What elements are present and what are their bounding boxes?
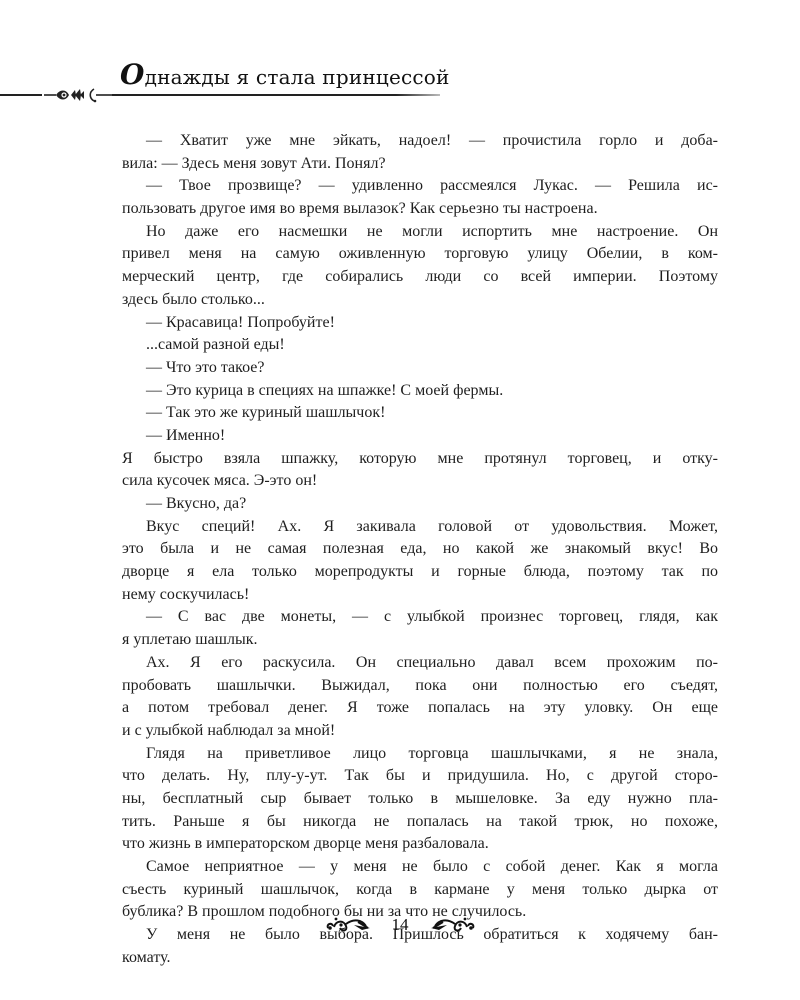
text-line: пользовать другое имя во время вылазок? … [122, 198, 718, 221]
text-line: ...самой разной еды! [122, 334, 718, 357]
text-line: — С вас две монеты, — с улыбкой произнес… [122, 606, 718, 629]
text-line: — Хватит уже мне эйкать, надоел! — прочи… [122, 130, 718, 153]
text-line: — Это курица в специях на шпажке! С моей… [122, 380, 718, 403]
header-title-text: днажды я стала принцессой [145, 65, 450, 89]
text-line: вила: — Здесь меня зовут Ати. Понял? [122, 153, 718, 176]
text-line: Но даже его насмешки не могли испортить … [122, 221, 718, 244]
text-line: тить. Раньше я бы никогда не попалась на… [122, 811, 718, 834]
text-line: сила кусочек мяса. Э-это он! [122, 470, 718, 493]
text-line: что жизнь в императорском дворце меня ра… [122, 833, 718, 856]
text-line: съесть куриный шашлычок, когда в кармане… [122, 879, 718, 902]
text-line: Я быстро взяла шпажку, которую мне протя… [122, 448, 718, 471]
text-line: — Именно! [122, 425, 718, 448]
text-line: и с улыбкой наблюдал за мной! [122, 720, 718, 743]
text-line: — Так это же куриный шашлычок! [122, 402, 718, 425]
text-line: ны, бесплатный сыр бывает только в мышел… [122, 788, 718, 811]
text-line: пробовать шашлычки. Выжидал, пока они по… [122, 675, 718, 698]
text-line: это была и не самая полезная еда, но как… [122, 538, 718, 561]
text-line: Самое неприятное — у меня не было с собо… [122, 856, 718, 879]
text-line: я уплетаю шашлык. [122, 629, 718, 652]
text-line: — Что это такое? [122, 357, 718, 380]
text-line: дворце я ела только морепродукты и горны… [122, 561, 718, 584]
flourish-ornament-icon [324, 914, 374, 936]
text-line: — Красавица! Попробуйте! [122, 312, 718, 335]
page-number: 14 [392, 910, 409, 940]
text-line: что делать. Ну, плу-у-ут. Так бы и приду… [122, 765, 718, 788]
text-line: Вкус специй! Ах. Я закивала головой от у… [122, 516, 718, 539]
text-line: Глядя на приветливое лицо торговца шашлы… [122, 743, 718, 766]
text-line: здесь было столько... [122, 289, 718, 312]
text-line: — Вкусно, да? [122, 493, 718, 516]
text-line: мерческий центр, где собирались люди со … [122, 266, 718, 289]
text-line: — Твое прозвище? — удивленно рассмеялся … [122, 175, 718, 198]
page-body-text: — Хватит уже мне эйкать, надоел! — прочи… [122, 130, 718, 969]
flourish-ornament-icon [427, 914, 477, 936]
text-line: привел меня на самую оживленную торговую… [122, 243, 718, 266]
text-line: комату. [122, 947, 718, 970]
running-header-title: Однажды я стала принцессой [118, 60, 454, 92]
header-title-initial: О [120, 58, 145, 91]
text-line: Ах. Я его раскусила. Он специально давал… [122, 652, 718, 675]
page-footer: 14 [0, 910, 800, 940]
scroll-ornament-icon [42, 84, 112, 106]
text-line: нему соскучилась! [122, 584, 718, 607]
text-line: а потом требовал денег. Я тоже попалась … [122, 697, 718, 720]
